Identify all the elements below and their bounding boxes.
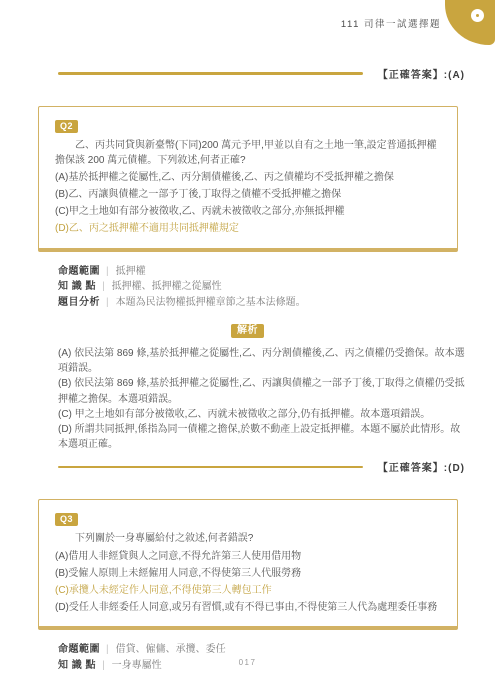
analysis-paragraph-b: (B) 依民法第 869 條,基於抵押權之從屬性,乙、丙讓與債權之一部予丁後,丁…: [58, 376, 465, 406]
question-box-q2: Q2 乙、丙共同貸與新臺幣(下同)200 萬元予甲,甲並以自有之土地一筆,設定普…: [38, 106, 458, 252]
analysis-badge-wrap: 解析: [0, 320, 495, 338]
question-number-badge-q3: Q3: [55, 513, 78, 527]
exam-page: 111 司律一試選擇題 【正確答案】:(A) Q2 乙、丙共同貸與新臺幣(下同)…: [0, 0, 495, 700]
meta-row-scope: 命題範圍|抵押權: [58, 264, 465, 280]
meta-value: 抵押權: [116, 266, 146, 277]
answer-divider-line: [58, 72, 363, 75]
option-q2-b: (B)乙、丙讓與債權之一部予丁後,丁取得之債權不受抵押權之擔保: [55, 188, 441, 203]
meta-separator: |: [106, 266, 109, 277]
analysis-paragraph-d: (D) 所謂共同抵押,係指為同一債權之擔保,於數不動產上設定抵押權。本題不屬於此…: [58, 422, 465, 452]
correct-answer-label: 【正確答案】:(A): [378, 66, 465, 81]
meta-row-scope: 命題範圍|借貸、僱傭、承攬、委任: [58, 642, 465, 658]
correct-answer-row-previous: 【正確答案】:(A): [58, 66, 465, 81]
option-q2-d-correct: (D)乙、丙之抵押權不適用共同抵押權規定: [55, 222, 441, 237]
option-q3-a: (A)借用人非經貸與人之同意,不得允許第三人使用借用物: [55, 550, 441, 565]
question-stem-q3: 下列關於一身專屬給付之敘述,何者錯誤?: [55, 532, 441, 547]
analysis-paragraph-a: (A) 依民法第 869 條,基於抵押權之從屬性,乙、丙分割債權後,乙、丙之債權…: [58, 346, 465, 376]
option-q3-d: (D)受任人非經委任人同意,或另有習慣,或有不得已事由,不得使第三人代為處理委任…: [55, 601, 441, 616]
question-number-badge-q2: Q2: [55, 120, 78, 134]
option-q3-c-correct: (C)承攬人未經定作人同意,不得使第三人轉包工作: [55, 584, 441, 599]
brand-corner-shape: [445, 0, 495, 45]
meta-separator: |: [102, 281, 105, 292]
meta-row-analysis: 題目分析|本題為民法物權抵押權章節之基本法條題。: [58, 295, 465, 311]
analysis-badge: 解析: [231, 324, 264, 339]
question-stem-q2: 乙、丙共同貸與新臺幣(下同)200 萬元予甲,甲並以自有之土地一筆,設定普通抵押…: [55, 139, 441, 169]
meta-label: 命題範圍: [58, 644, 100, 655]
meta-separator: |: [106, 297, 109, 308]
page-header-title: 111 司律一試選擇題: [341, 16, 441, 30]
question-box-q3: Q3 下列關於一身專屬給付之敘述,何者錯誤? (A)借用人非經貸與人之同意,不得…: [38, 499, 458, 630]
meta-value: 借貸、僱傭、承攬、委任: [116, 644, 226, 655]
meta-separator: |: [106, 644, 109, 655]
question-meta-q2: 命題範圍|抵押權 知 識 點|抵押權、抵押權之從屬性 題目分析|本題為民法物權抵…: [58, 264, 465, 311]
correct-answer-label: 【正確答案】:(D): [378, 459, 465, 474]
analysis-paragraph-c: (C) 甲之土地如有部分被徵收,乙、丙就未被徵收之部分,仍有抵押權。故本選項錯誤…: [58, 407, 465, 422]
meta-value: 抵押權、抵押權之從屬性: [112, 281, 222, 292]
meta-value: 本題為民法物權抵押權章節之基本法條題。: [116, 297, 306, 308]
page-number: 017: [0, 658, 495, 667]
option-q2-a: (A)基於抵押權之從屬性,乙、丙分割債權後,乙、丙之債權均不受抵押權之擔保: [55, 171, 441, 186]
option-q2-c: (C)甲之土地如有部分被徵收,乙、丙就未被徵收之部分,亦無抵押權: [55, 205, 441, 220]
meta-label: 知 識 點: [58, 281, 96, 292]
analysis-q2: (A) 依民法第 869 條,基於抵押權之從屬性,乙、丙分割債權後,乙、丙之債權…: [58, 346, 465, 452]
meta-label: 命題範圍: [58, 266, 100, 277]
meta-label: 題目分析: [58, 297, 100, 308]
answer-divider-line: [58, 466, 363, 469]
correct-answer-row-q2: 【正確答案】:(D): [58, 459, 465, 474]
option-q3-b: (B)受僱人原則上未經僱用人同意,不得使第三人代服勞務: [55, 567, 441, 582]
brand-ring-icon: [471, 9, 484, 22]
meta-row-knowledge: 知 識 點|抵押權、抵押權之從屬性: [58, 279, 465, 295]
